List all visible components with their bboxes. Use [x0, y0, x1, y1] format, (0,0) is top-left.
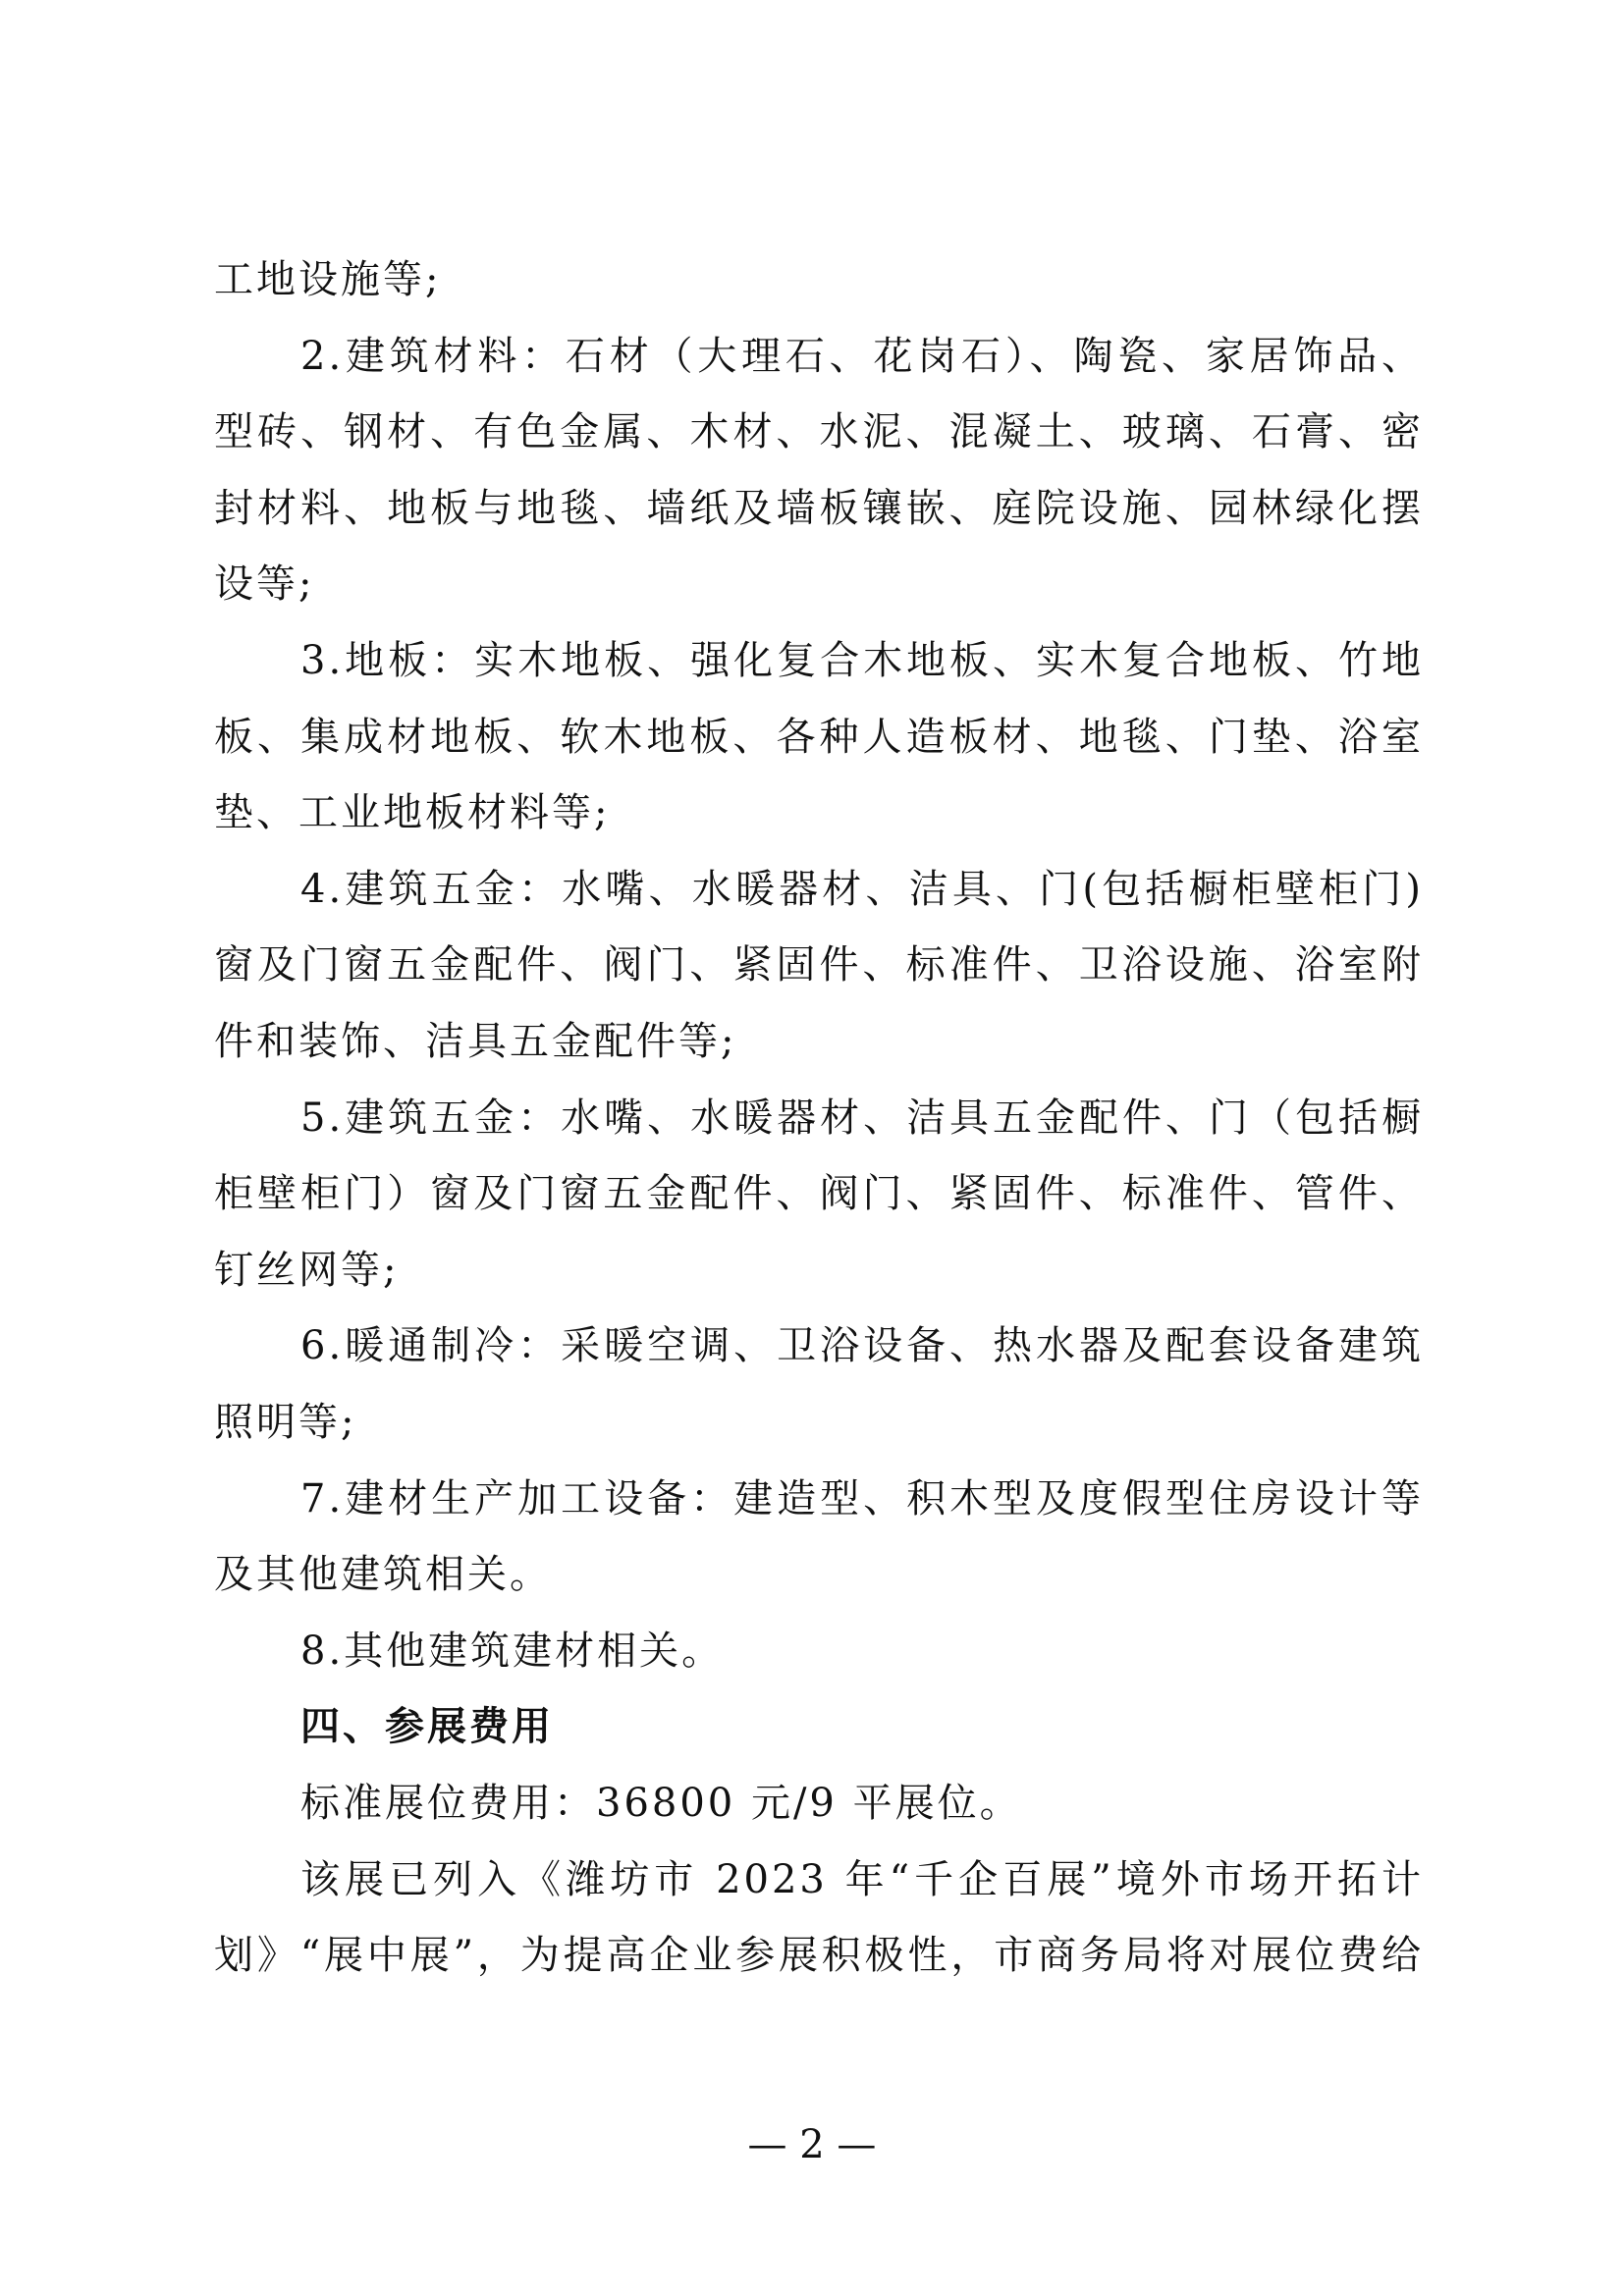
- document-page: 工地设施等;2.建筑材料：石材（大理石、花岗石）、陶瓷、家居饰品、型砖、钢材、有…: [0, 0, 1624, 2296]
- text-line: 7.建材生产加工设备：建造型、积木型及度假型住房设计等: [300, 1469, 1424, 1528]
- text-line: 照明等;: [214, 1393, 1424, 1452]
- text-line: 2.建筑材料：石材（大理石、花岗石）、陶瓷、家居饰品、: [300, 327, 1424, 386]
- section-heading: 四、参展费用: [300, 1697, 1424, 1756]
- page-number: — 2 —: [0, 2120, 1624, 2169]
- text-line: 件和装饰、洁具五金配件等;: [214, 1012, 1424, 1071]
- text-line: 封材料、地板与地毯、墙纸及墙板镶嵌、庭院设施、园林绿化摆: [214, 479, 1424, 538]
- text-line: 8.其他建筑建材相关。: [300, 1622, 1424, 1681]
- text-line: 6.暖通制冷：采暖空调、卫浴设备、热水器及配套设备建筑: [300, 1316, 1424, 1375]
- text-line: 设等;: [214, 555, 1424, 614]
- text-line: 窗及门窗五金配件、阀门、紧固件、标准件、卫浴设施、浴室附: [214, 935, 1424, 994]
- text-line: 柜壁柜门）窗及门窗五金配件、阀门、紧固件、标准件、管件、: [214, 1164, 1424, 1223]
- text-line: 该展已列入《潍坊市 2023 年“千企百展”境外市场开拓计: [300, 1850, 1424, 1909]
- text-line: 5.建筑五金：水嘴、水暖器材、洁具五金配件、门（包括橱: [300, 1089, 1424, 1148]
- text-line: 垫、工业地板材料等;: [214, 783, 1424, 842]
- text-line: 钉丝网等;: [214, 1241, 1424, 1300]
- text-line: 型砖、钢材、有色金属、木材、水泥、混凝土、玻璃、石膏、密: [214, 402, 1424, 461]
- text-line: 标准展位费用：36800 元/9 平展位。: [300, 1774, 1424, 1833]
- text-line: 板、集成材地板、软木地板、各种人造板材、地毯、门垫、浴室: [214, 708, 1424, 767]
- text-line: 及其他建筑相关。: [214, 1545, 1424, 1604]
- text-line: 工地设施等;: [214, 250, 1424, 309]
- text-line: 4.建筑五金：水嘴、水暖器材、洁具、门(包括橱柜壁柜门): [300, 860, 1424, 919]
- text-line: 划》“展中展”，为提高企业参展积极性，市商务局将对展位费给: [214, 1926, 1424, 1985]
- text-line: 3.地板：实木地板、强化复合木地板、实木复合地板、竹地: [300, 631, 1424, 690]
